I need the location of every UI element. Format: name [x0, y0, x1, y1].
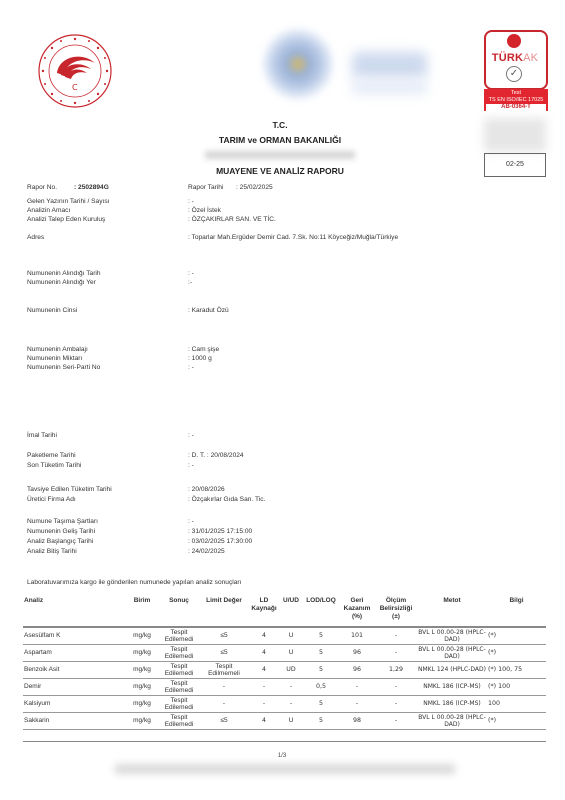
table-cell: 4 — [249, 713, 279, 730]
table-cell: (*) — [487, 713, 546, 730]
table-cell: 4 — [249, 662, 279, 679]
field-label: Analiz Başlangıç Tarihi — [27, 538, 93, 545]
field-label: Numunenin Alındığı Yer — [27, 279, 96, 286]
field-value: : 03/02/2025 17:30:00 — [188, 538, 252, 545]
table-cell: - — [199, 679, 249, 696]
table-cell: mg/kg — [125, 627, 159, 645]
table-row: Asesülfam Kmg/kgTespit Edilemedi≤54U5101… — [23, 627, 546, 645]
report-no-value: : 2502894G — [74, 184, 109, 191]
table-cell: - — [375, 713, 417, 730]
table-cell: BVL L 00.00-28 (HPLC-DAD) — [417, 645, 487, 662]
redacted-subtitle — [205, 151, 355, 159]
table-cell: 96 — [339, 662, 375, 679]
field-label: Numune Taşıma Şartları — [27, 518, 98, 525]
table-cell: BVL L 00.00-28 (HPLC-DAD) — [417, 713, 487, 730]
field-value: : - — [188, 432, 194, 439]
table-cell: 101 — [339, 627, 375, 645]
field-value: : - — [188, 270, 194, 277]
field-label: Adres — [27, 234, 44, 241]
results-intro: Laboratuvarımıza kargo ile gönderilen nu… — [27, 579, 241, 586]
table-cell: U — [279, 713, 303, 730]
table-cell: - — [279, 696, 303, 713]
table-cell: 4 — [249, 627, 279, 645]
table-row: Aspartammg/kgTespit Edilemedi≤54U596-BVL… — [23, 645, 546, 662]
table-cell: ≤5 — [199, 713, 249, 730]
table-cell: mg/kg — [125, 713, 159, 730]
table-cell: mg/kg — [125, 679, 159, 696]
table-cell: Demir — [23, 679, 125, 696]
table-cell: 5 — [303, 662, 339, 679]
field-label: Üretici Firma Adı — [27, 496, 76, 503]
table-cell: (*) — [487, 627, 546, 645]
report-date-value: : 25/02/2025 — [236, 184, 273, 191]
table-cell: 5 — [303, 696, 339, 713]
accreditation-code: AB-0364-T — [486, 104, 546, 111]
table-cell: 5 — [303, 627, 339, 645]
table-cell: Tespit Edilmemeli — [199, 662, 249, 679]
table-cell: - — [339, 696, 375, 713]
turkak-wordmark-light: AK — [523, 52, 538, 64]
field-value: : D. T. : 20/08/2024 — [188, 452, 244, 459]
table-cell: 5 — [303, 645, 339, 662]
field-value: : 20/08/2026 — [188, 486, 225, 493]
table-cell: - — [199, 696, 249, 713]
table-cell: 1,29 — [375, 662, 417, 679]
table-cell: U — [279, 627, 303, 645]
table-cell: (*) 100, 75 — [487, 662, 546, 679]
column-header: Metot — [417, 597, 487, 627]
report-date-label: Rapor Tarihi — [188, 184, 223, 191]
field-label: Analizi Talep Eden Kuruluş — [27, 216, 105, 223]
table-cell: Tespit Edilemedi — [159, 696, 199, 713]
field-label: Numunenin Seri-Parti No — [27, 364, 100, 371]
table-cell: 4 — [249, 645, 279, 662]
column-header: Bilgi — [487, 597, 546, 627]
column-header: Sonuç — [159, 597, 199, 627]
table-cell: 5 — [303, 713, 339, 730]
field-value: : Toparlar Mah.Ergüder Demir Cad. 7.Sk. … — [188, 234, 398, 241]
field-label: Son Tüketim Tarihi — [27, 462, 81, 469]
column-header: Birim — [125, 597, 159, 627]
field-label: Gelen Yazının Tarihi / Sayısı — [27, 198, 109, 205]
crescent-icon — [507, 34, 521, 48]
table-cell: Tespit Edilemedi — [159, 645, 199, 662]
table-cell: ≤5 — [199, 645, 249, 662]
field-label: Analiz Bitiş Tarihi — [27, 548, 77, 555]
table-cell: - — [249, 696, 279, 713]
turkak-wordmark: TÜRKAK — [486, 52, 544, 64]
column-header: Ölçüm Belirsizliği (±) — [375, 597, 417, 627]
field-value: : - — [188, 518, 194, 525]
checkmark-icon: ✓ — [506, 66, 522, 82]
accreditation-type: Test — [484, 90, 548, 97]
table-cell: Kalsiyum — [23, 696, 125, 713]
table-cell: (*) — [487, 645, 546, 662]
accreditation-standard: TS EN ISO/IEC 17025 — [484, 97, 548, 104]
field-label: Numunenin Ambalajı — [27, 346, 88, 353]
table-cell: 100 — [487, 696, 546, 713]
table-row: Sakkarinmg/kgTespit Edilemedi≤54U598-BVL… — [23, 713, 546, 730]
table-cell: ≤5 — [199, 627, 249, 645]
field-value: : - — [188, 364, 194, 371]
partner-logo-blurred — [262, 28, 334, 100]
form-code: 02-25 — [484, 153, 546, 177]
column-header: Geri Kazanım (%) — [339, 597, 375, 627]
table-cell: (*) 100 — [487, 679, 546, 696]
table-cell: Sakkarin — [23, 713, 125, 730]
ministry-name: TARIM ve ORMAN BAKANLIĞI — [180, 135, 380, 145]
table-cell: - — [375, 645, 417, 662]
table-cell: - — [279, 679, 303, 696]
results-table: AnalizBirimSonuçLimit DeğerLD KaynağıU/U… — [23, 597, 546, 730]
field-value: :- — [188, 279, 192, 286]
field-label: İmal Tarihi — [27, 432, 57, 439]
table-header-row: AnalizBirimSonuçLimit DeğerLD KaynağıU/U… — [23, 597, 546, 627]
table-cell: NMKL 124 (HPLC-DAD) — [417, 662, 487, 679]
table-cell: NMKL 186 (ICP-MS) — [417, 696, 487, 713]
field-value: : Cam şişe — [188, 346, 219, 353]
field-value: : Özçakırlar Gıda San. Tic. — [188, 496, 265, 503]
column-header: Analiz — [23, 597, 125, 627]
column-header: Limit Değer — [199, 597, 249, 627]
table-cell: Tespit Edilemedi — [159, 713, 199, 730]
table-cell: mg/kg — [125, 662, 159, 679]
table-row: Demirmg/kgTespit Edilemedi---0,5--NMKL 1… — [23, 679, 546, 696]
table-cell: U — [279, 645, 303, 662]
field-value: : 31/01/2025 17:15:00 — [188, 528, 252, 535]
column-header: U/UD — [279, 597, 303, 627]
column-header: LD Kaynağı — [249, 597, 279, 627]
table-cell: Tespit Edilemedi — [159, 662, 199, 679]
turkak-wordmark-red: TÜRK — [492, 52, 523, 64]
table-cell: BVL L 00.00-28 (HPLC-DAD) — [417, 627, 487, 645]
field-label: Tavsiye Edilen Tüketim Tarihi — [27, 486, 112, 493]
table-row: Kalsiyummg/kgTespit Edilemedi---5--NMKL … — [23, 696, 546, 713]
table-cell: mg/kg — [125, 696, 159, 713]
table-cell: UD — [279, 662, 303, 679]
table-cell: Benzoik Asit — [23, 662, 125, 679]
table-body: Asesülfam Kmg/kgTespit Edilemedi≤54U5101… — [23, 627, 546, 730]
table-cell: - — [375, 627, 417, 645]
table-cell: NMKL 186 (ICP-MS) — [417, 679, 487, 696]
field-value: : - — [188, 198, 194, 205]
page-number: 1/3 — [262, 753, 302, 759]
column-header: LOD/LOQ — [303, 597, 339, 627]
table-cell: mg/kg — [125, 645, 159, 662]
field-label: Numunenin Geliş Tarihi — [27, 528, 95, 535]
table-cell: 0,5 — [303, 679, 339, 696]
redacted-footer — [115, 764, 455, 774]
redacted-block — [484, 118, 546, 152]
table-cell: 98 — [339, 713, 375, 730]
field-value: : Özel İstek — [188, 207, 221, 214]
partner-logo-subtext-blurred — [352, 80, 427, 94]
field-value: : Karadut Özü — [188, 307, 229, 314]
table-cell: Aspartam — [23, 645, 125, 662]
field-label: Numunenin Miktarı — [27, 355, 82, 362]
field-label: Numunenin Alındığı Tarih — [27, 270, 101, 277]
field-label: Analizin Amacı — [27, 207, 70, 214]
table-cell: - — [375, 696, 417, 713]
ministry-seal-logo: C — [37, 33, 113, 109]
field-value: : ÖZÇAKIRLAR SAN. VE TİC. — [188, 216, 276, 223]
partner-logo-text-blurred — [352, 52, 427, 78]
field-value: : 24/02/2025 — [188, 548, 225, 555]
table-bottom-rule — [23, 741, 546, 742]
field-label: Paketleme Tarihi — [27, 452, 76, 459]
table-cell: - — [375, 679, 417, 696]
table-cell: Asesülfam K — [23, 627, 125, 645]
report-title: MUAYENE VE ANALİZ RAPORU — [180, 166, 380, 176]
table-cell: 96 — [339, 645, 375, 662]
report-no-label: Rapor No. — [27, 184, 57, 191]
table-row: Benzoik Asitmg/kgTespit EdilemediTespit … — [23, 662, 546, 679]
field-value: : - — [188, 462, 194, 469]
table-cell: - — [339, 679, 375, 696]
header-tc: T.C. — [180, 120, 380, 130]
table-cell: Tespit Edilemedi — [159, 679, 199, 696]
table-cell: - — [249, 679, 279, 696]
field-label: Numunenin Cinsi — [27, 307, 77, 314]
table-cell: Tespit Edilemedi — [159, 627, 199, 645]
svg-text:C: C — [72, 83, 78, 92]
field-value: : 1000 g — [188, 355, 212, 362]
